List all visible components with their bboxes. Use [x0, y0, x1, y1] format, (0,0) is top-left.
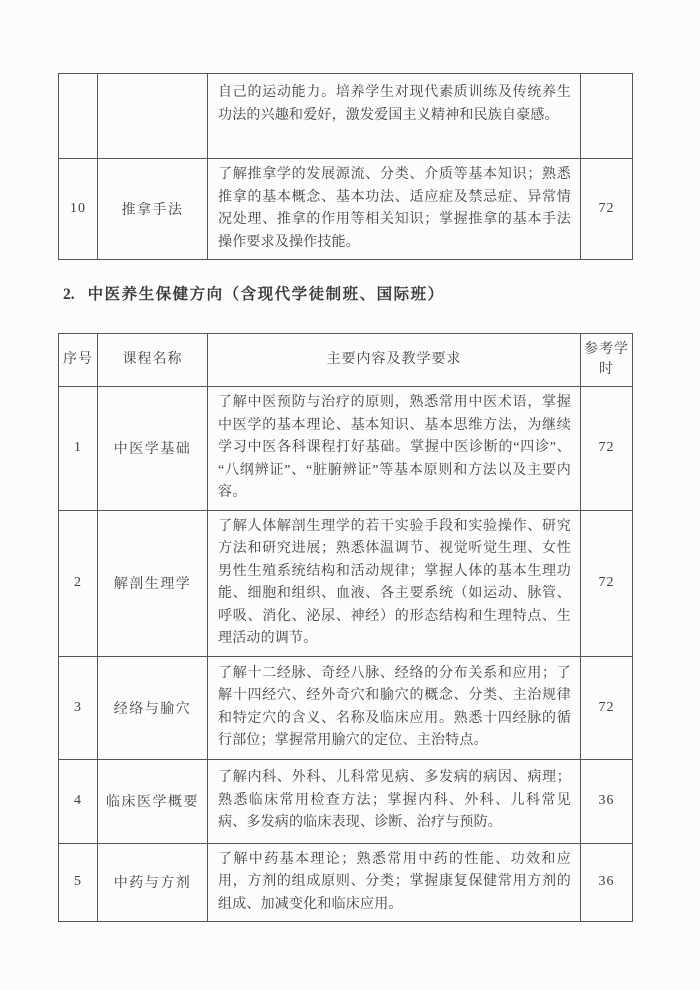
cell-content: 了解中药基本理论；熟悉常用中药的性能、功效和应用，方剂的组成原则、分类；掌握康复… — [208, 843, 581, 922]
cell-course-name: 临床医学概要 — [98, 759, 208, 843]
cell-content: 了解内科、外科、儿科常见病、多发病的病因、病理；熟悉临床常用检查方法；掌握内科、… — [208, 759, 581, 843]
cell-hours: 72 — [581, 159, 633, 260]
cell-course-name: 经络与腧穴 — [98, 656, 208, 759]
cell-course-name-empty — [98, 74, 208, 159]
section-number: 2. — [63, 286, 75, 303]
cell-course-name: 中药与方剂 — [98, 843, 208, 922]
cell-content: 了解十二经脉、奇经八脉、经络的分布关系和应用；了解十四经穴、经外奇穴和腧穴的概念… — [208, 656, 581, 759]
course-table: 序号 课程名称 主要内容及教学要求 参考学时 1 中医学基础 了解中医预防与治疗… — [58, 333, 633, 922]
cell-serial: 5 — [59, 843, 98, 922]
cell-serial: 10 — [59, 159, 98, 260]
cell-hours: 36 — [581, 759, 633, 843]
cell-serial: 2 — [59, 510, 98, 656]
section-title: 中医养生保健方向（含现代学徒制班、国际班） — [88, 286, 445, 303]
cell-course-name: 推拿手法 — [98, 159, 208, 260]
col-header-content: 主要内容及教学要求 — [208, 334, 581, 387]
cell-hours: 72 — [581, 656, 633, 759]
table-row: 1 中医学基础 了解中医预防与治疗的原则，熟悉常用中医术语，掌握中医学的基本理论… — [59, 387, 633, 511]
cell-serial-empty — [59, 74, 98, 159]
col-header-hours: 参考学时 — [581, 334, 633, 387]
table-row: 4 临床医学概要 了解内科、外科、儿科常见病、多发病的病因、病理；熟悉临床常用检… — [59, 759, 633, 843]
cell-course-name: 中医学基础 — [98, 387, 208, 511]
table-row: 2 解剖生理学 了解人体解剖生理学的若干实验手段和实验操作、研究方法和研究进展；… — [59, 510, 633, 656]
col-header-course-name: 课程名称 — [98, 334, 208, 387]
table-row: 3 经络与腧穴 了解十二经脉、奇经八脉、经络的分布关系和应用；了解十四经穴、经外… — [59, 656, 633, 759]
cell-serial: 3 — [59, 656, 98, 759]
table-row: 5 中药与方剂 了解中药基本理论；熟悉常用中药的性能、功效和应用，方剂的组成原则… — [59, 843, 633, 922]
cell-hours: 36 — [581, 843, 633, 922]
cell-hours: 72 — [581, 510, 633, 656]
table-row-carryover: 自己的运动能力。培养学生对现代素质训练及传统养生功法的兴趣和爱好，激发爱国主义精… — [59, 74, 633, 159]
cell-content: 了解推拿学的发展源流、分类、介质等基本知识；熟悉推拿的基本概念、基本功法、适应症… — [208, 159, 581, 260]
cell-hours: 72 — [581, 387, 633, 511]
cell-serial: 1 — [59, 387, 98, 511]
table-header-row: 序号 课程名称 主要内容及教学要求 参考学时 — [59, 334, 633, 387]
cell-course-name: 解剖生理学 — [98, 510, 208, 656]
cell-serial: 4 — [59, 759, 98, 843]
col-header-serial: 序号 — [59, 334, 98, 387]
cell-content-carryover: 自己的运动能力。培养学生对现代素质训练及传统养生功法的兴趣和爱好，激发爱国主义精… — [208, 74, 581, 159]
continuation-course-table: 自己的运动能力。培养学生对现代素质训练及传统养生功法的兴趣和爱好，激发爱国主义精… — [58, 73, 633, 260]
document-page: 自己的运动能力。培养学生对现代素质训练及传统养生功法的兴趣和爱好，激发爱国主义精… — [0, 0, 700, 990]
cell-content: 了解中医预防与治疗的原则，熟悉常用中医术语，掌握中医学的基本理论、基本知识、基本… — [208, 387, 581, 511]
cell-hours-empty — [581, 74, 633, 159]
section-heading: 2.中医养生保健方向（含现代学徒制班、国际班） — [63, 282, 445, 304]
table-row: 10 推拿手法 了解推拿学的发展源流、分类、介质等基本知识；熟悉推拿的基本概念、… — [59, 159, 633, 260]
cell-content: 了解人体解剖生理学的若干实验手段和实验操作、研究方法和研究进展；熟悉体温调节、视… — [208, 510, 581, 656]
